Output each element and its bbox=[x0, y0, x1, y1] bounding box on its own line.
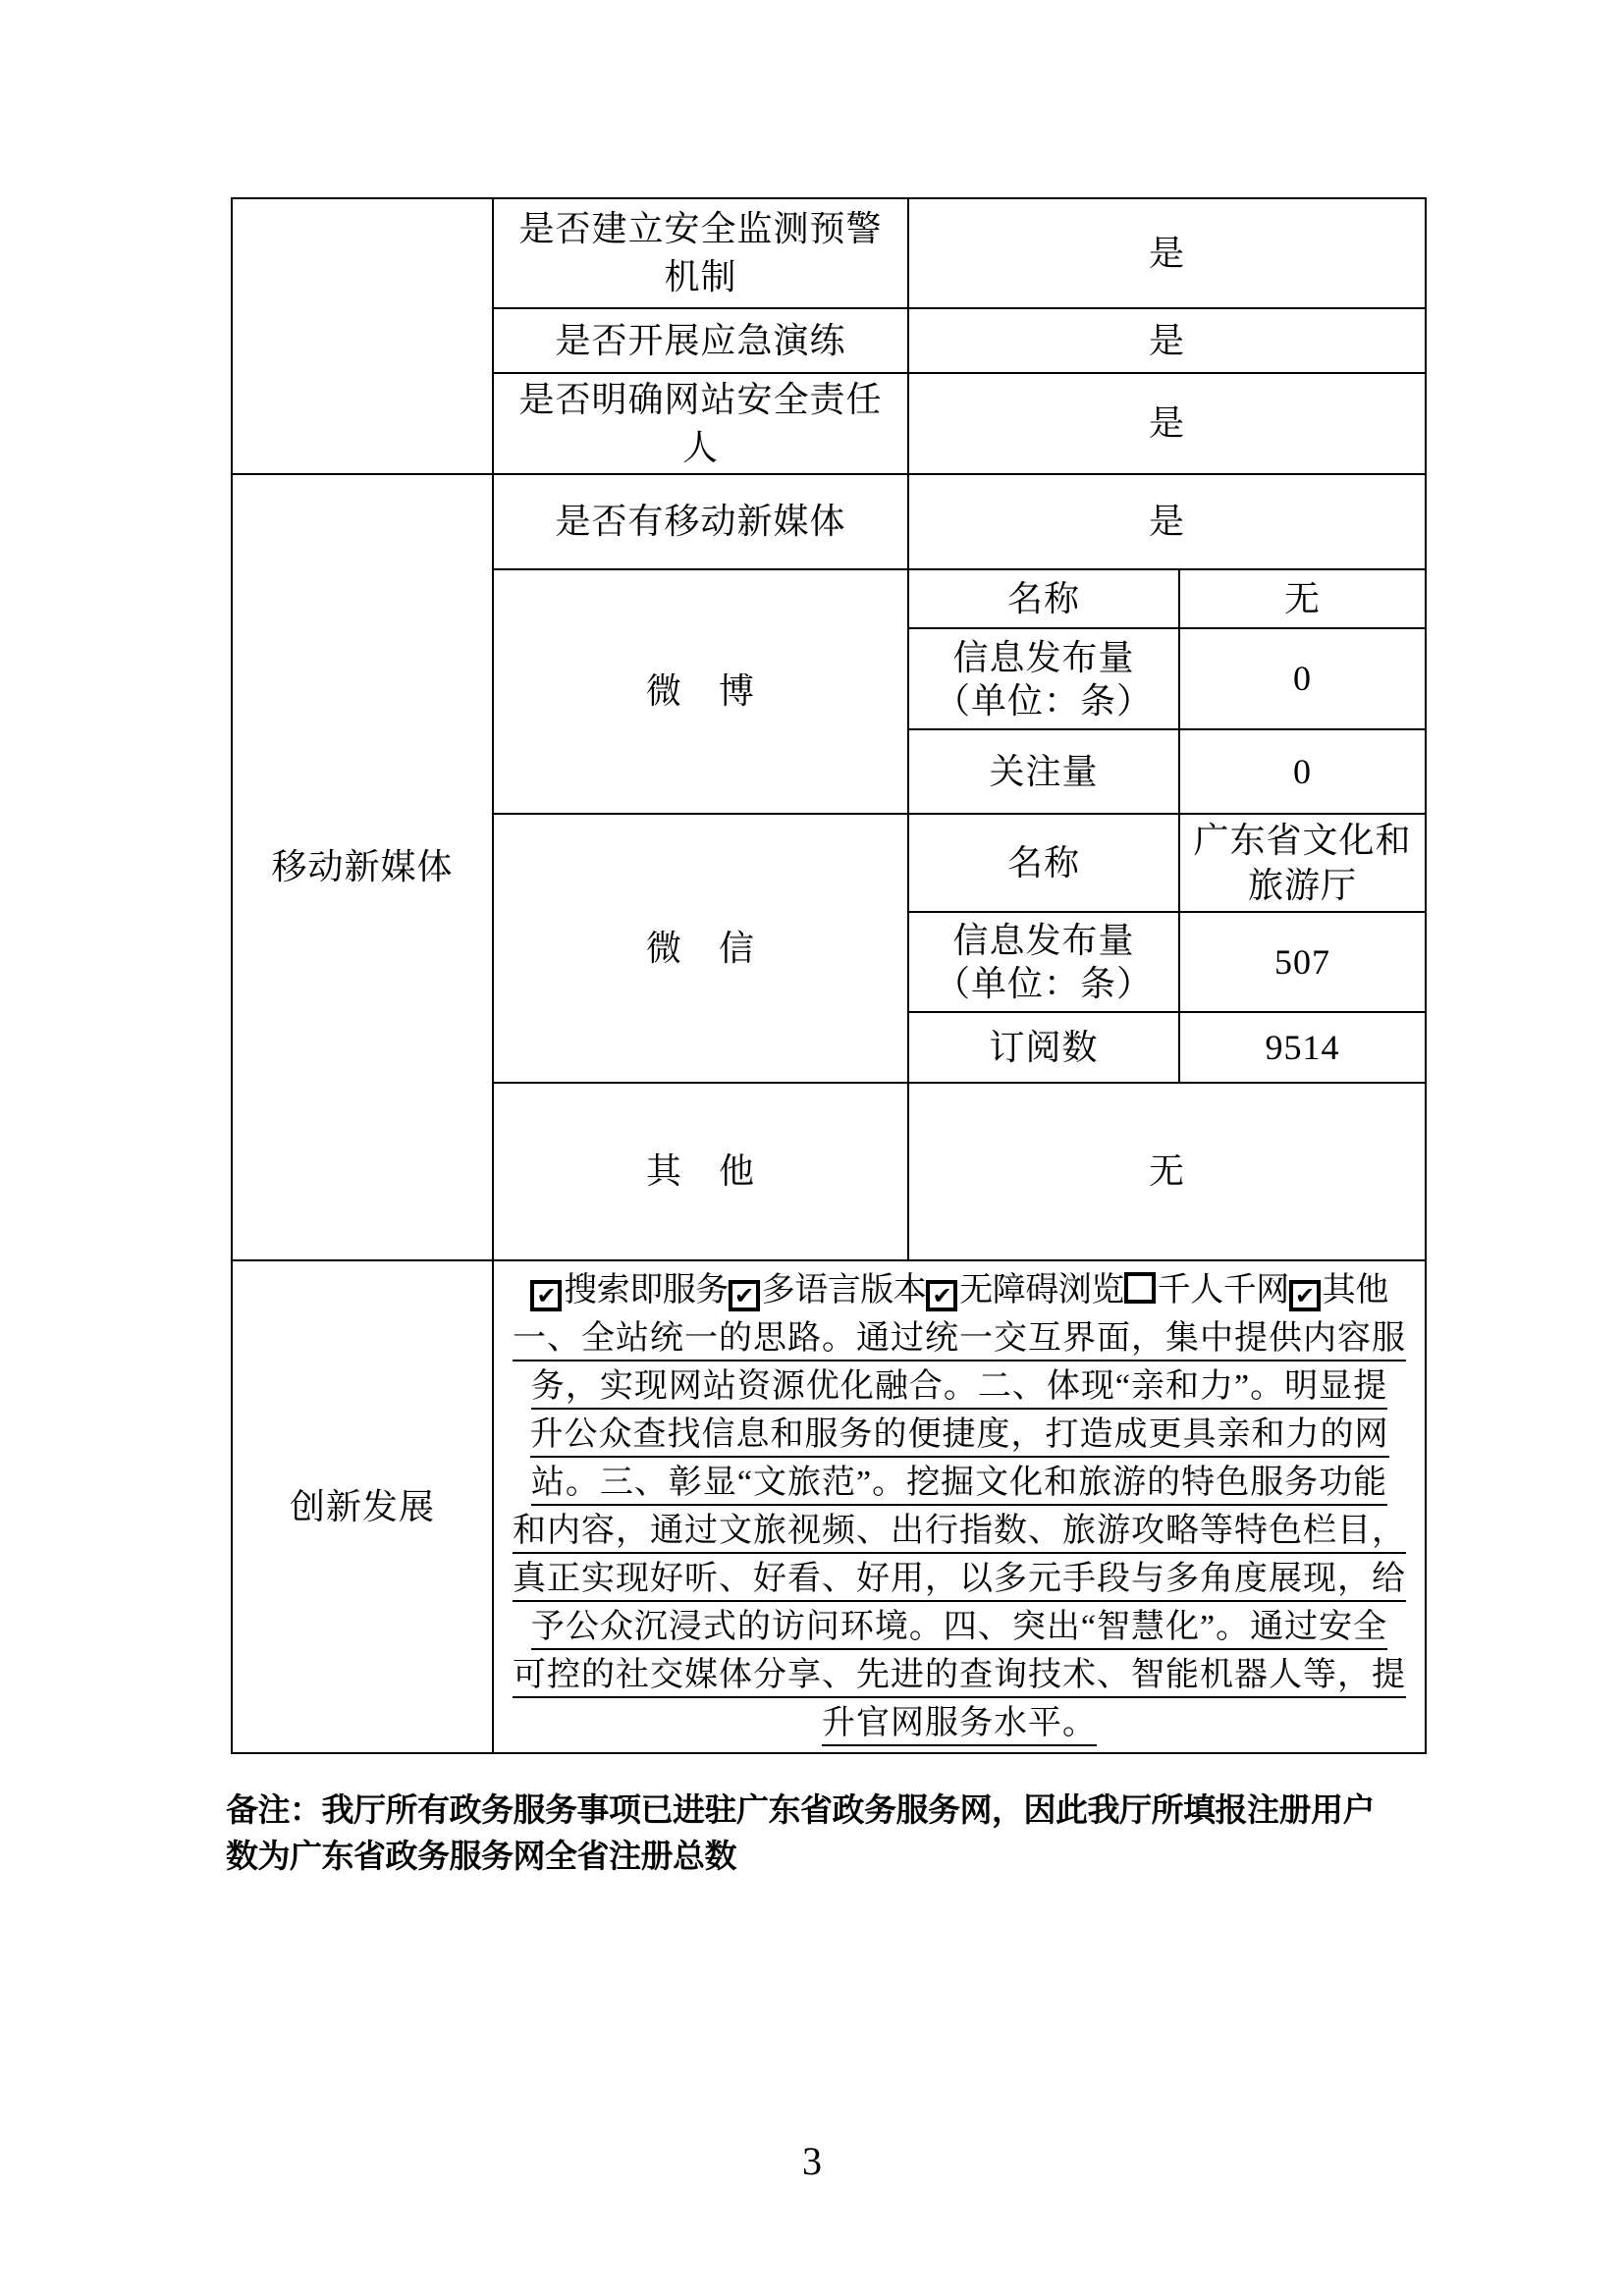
innovation-line-6: 真正实现好听、好看、好用，以多元手段与多角度展现，给 bbox=[513, 1561, 1406, 1602]
weibo-name-label: 名称 bbox=[908, 569, 1179, 628]
weibo-label: 微 博 bbox=[493, 569, 908, 814]
weibo-posts-label-line2: （单位：条） bbox=[919, 679, 1168, 722]
innovation-content-cell: ✔搜索即服务✔多语言版本✔无障碍浏览千人千网✔其他 一、全站统一的思路。通过统一… bbox=[493, 1260, 1426, 1753]
checkbox-accessibility-label: 无障碍浏览 bbox=[959, 1272, 1124, 1308]
checkbox-accessibility-icon: ✔ bbox=[926, 1280, 957, 1311]
weibo-posts-label: 信息发布量 （单位：条） bbox=[908, 628, 1179, 729]
checkbox-search-as-service-label: 搜索即服务 bbox=[564, 1272, 729, 1308]
checkbox-other-label: 其他 bbox=[1323, 1272, 1388, 1308]
wechat-posts-label: 信息发布量 （单位：条） bbox=[908, 912, 1179, 1012]
remark-note: 备注：我厅所有政务服务事项已进驻广东省政务服务网，因此我厅所填报注册用户 数为广… bbox=[226, 1789, 1424, 1881]
weibo-followers-label: 关注量 bbox=[908, 729, 1179, 814]
mobile-media-group-header: 移动新媒体 bbox=[232, 474, 493, 1260]
innovation-text-line: 真正实现好听、好看、好用，以多元手段与多角度展现，给 bbox=[504, 1555, 1415, 1603]
innovation-text-line: 务，实现网站资源优化融合。二、体现“亲和力”。明显提 bbox=[504, 1362, 1415, 1411]
innovation-text-line: 和内容，通过文旅视频、出行指数、旅游攻略等特色栏目， bbox=[504, 1507, 1415, 1555]
has-mobile-media-value: 是 bbox=[908, 474, 1426, 569]
remark-note-line2: 数为广东省政务服务网全省注册总数 bbox=[226, 1835, 1424, 1881]
innovation-text-line: 升官网服务水平。 bbox=[504, 1699, 1415, 1747]
emergency-drill-value: 是 bbox=[908, 308, 1426, 373]
innovation-text-line: 可控的社交媒体分享、先进的查询技术、智能机器人等，提 bbox=[504, 1651, 1415, 1699]
has-mobile-media-label: 是否有移动新媒体 bbox=[493, 474, 908, 569]
document-page: 是否建立安全监测预警机制 是 是否开展应急演练 是 是否明确网站安全责任人 是 … bbox=[0, 0, 1624, 2296]
innovation-line-5: 和内容，通过文旅视频、出行指数、旅游攻略等特色栏目， bbox=[513, 1513, 1406, 1554]
emergency-drill-label: 是否开展应急演练 bbox=[493, 308, 908, 373]
security-monitor-value: 是 bbox=[908, 198, 1426, 308]
innovation-text-line: 予公众沉浸式的访问环境。四、突出“智慧化”。通过安全 bbox=[504, 1603, 1415, 1651]
wechat-posts-value: 507 bbox=[1179, 912, 1426, 1012]
innovation-line-2: 务，实现网站资源优化融合。二、体现“亲和力”。明显提 bbox=[531, 1368, 1387, 1410]
other-media-label: 其 他 bbox=[493, 1083, 908, 1260]
checkbox-personalized-web-label: 千人千网 bbox=[1158, 1272, 1289, 1308]
innovation-text-line: 升公众查找信息和服务的便捷度，打造成更具亲和力的网 bbox=[504, 1411, 1415, 1459]
weibo-posts-value: 0 bbox=[1179, 628, 1426, 729]
other-media-value: 无 bbox=[908, 1083, 1426, 1260]
wechat-subscribers-value: 9514 bbox=[1179, 1012, 1426, 1083]
innovation-line-3: 升公众查找信息和服务的便捷度，打造成更具亲和力的网 bbox=[530, 1416, 1389, 1458]
innovation-line-4: 站。三、彰显“文旅范”。挖掘文化和旅游的特色服务功能 bbox=[531, 1465, 1387, 1506]
remark-note-line1: 备注：我厅所有政务服务事项已进驻广东省政务服务网，因此我厅所填报注册用户 bbox=[226, 1789, 1424, 1835]
checkbox-multilingual-label: 多语言版本 bbox=[762, 1272, 927, 1308]
innovation-checkbox-line: ✔搜索即服务✔多语言版本✔无障碍浏览千人千网✔其他 bbox=[504, 1266, 1415, 1314]
innovation-line-9: 升官网服务水平。 bbox=[822, 1705, 1097, 1746]
innovation-line-8: 可控的社交媒体分享、先进的查询技术、智能机器人等，提 bbox=[513, 1657, 1406, 1698]
security-responsible-label: 是否明确网站安全责任人 bbox=[493, 373, 908, 474]
security-responsible-value: 是 bbox=[908, 373, 1426, 474]
wechat-label: 微 信 bbox=[493, 814, 908, 1083]
wechat-posts-label-line1: 信息发布量 bbox=[919, 919, 1168, 962]
innovation-line-1: 一、全站统一的思路。通过统一交互界面，集中提供内容服 bbox=[513, 1320, 1406, 1362]
annual-report-table: 是否建立安全监测预警机制 是 是否开展应急演练 是 是否明确网站安全责任人 是 … bbox=[231, 197, 1427, 1754]
checkbox-search-as-service-icon: ✔ bbox=[530, 1280, 562, 1311]
innovation-text-line: 一、全站统一的思路。通过统一交互界面，集中提供内容服 bbox=[504, 1314, 1415, 1362]
innovation-line-7: 予公众沉浸式的访问环境。四、突出“智慧化”。通过安全 bbox=[531, 1609, 1387, 1650]
security-group-header-cell bbox=[232, 198, 493, 474]
wechat-subscribers-label: 订阅数 bbox=[908, 1012, 1179, 1083]
wechat-name-value: 广东省文化和旅游厅 bbox=[1179, 814, 1426, 912]
weibo-posts-label-line1: 信息发布量 bbox=[919, 636, 1168, 679]
innovation-group-header: 创新发展 bbox=[232, 1260, 493, 1753]
weibo-name-value: 无 bbox=[1179, 569, 1426, 628]
wechat-posts-label-line2: （单位：条） bbox=[919, 962, 1168, 1005]
checkbox-personalized-web-icon bbox=[1124, 1272, 1156, 1304]
checkbox-other-icon: ✔ bbox=[1289, 1280, 1321, 1311]
wechat-name-label: 名称 bbox=[908, 814, 1179, 912]
innovation-text-line: 站。三、彰显“文旅范”。挖掘文化和旅游的特色服务功能 bbox=[504, 1459, 1415, 1507]
checkbox-multilingual-icon: ✔ bbox=[729, 1280, 760, 1311]
security-monitor-label: 是否建立安全监测预警机制 bbox=[493, 198, 908, 308]
weibo-followers-value: 0 bbox=[1179, 729, 1426, 814]
page-number: 3 bbox=[0, 2138, 1624, 2184]
